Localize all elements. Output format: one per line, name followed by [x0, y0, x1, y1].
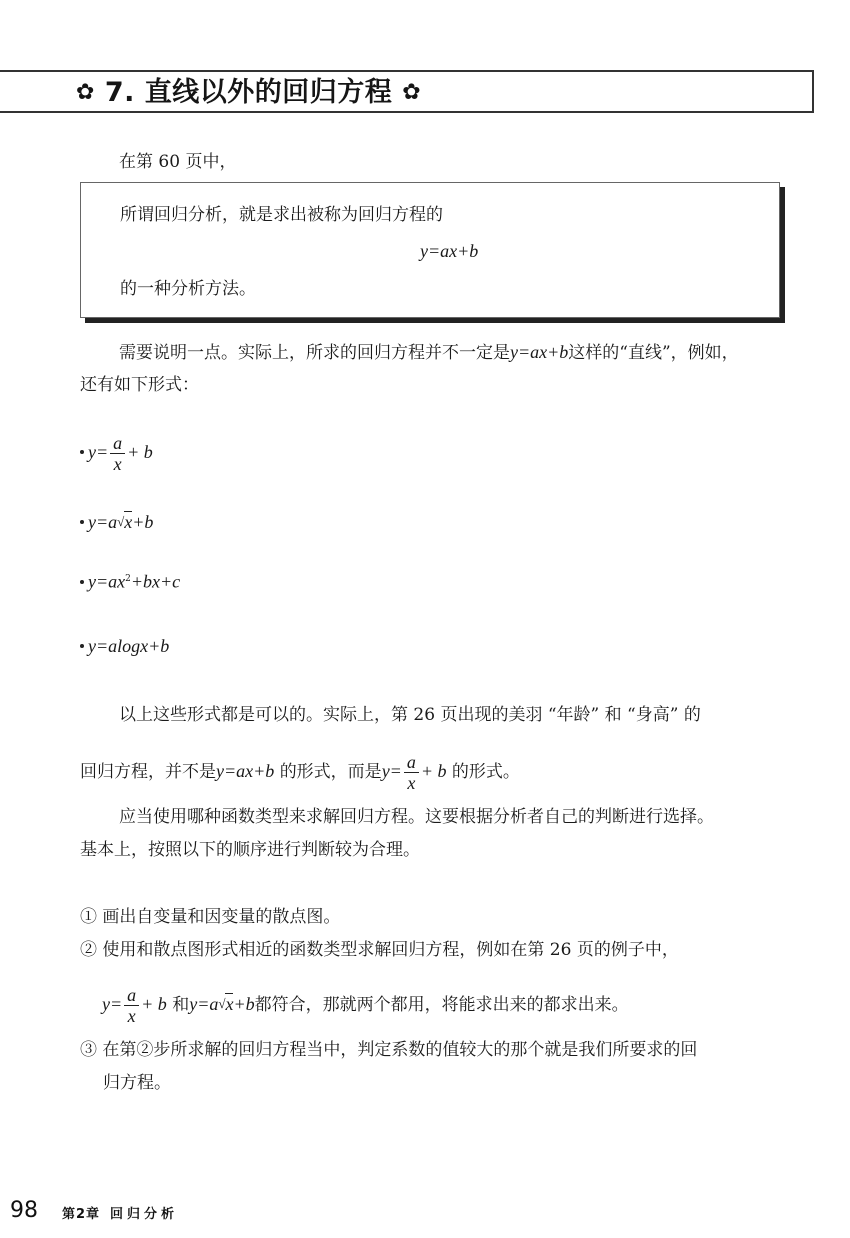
step-2: ② 使用和散点图形式相近的函数类型求解回归方程，例如在第 26 页的例子中，: [80, 938, 679, 962]
bullet-icon: [80, 644, 84, 648]
flower-icon: ✿: [402, 76, 421, 110]
example-and: 和: [172, 995, 189, 1015]
form-suffix: +b: [132, 512, 153, 532]
para2-equation-1: y=ax+b: [216, 761, 274, 781]
step-marker: ③: [80, 1040, 97, 1060]
step-marker: ①: [80, 907, 97, 927]
fraction-numerator: a: [110, 433, 125, 454]
para1-equation: y=ax+b: [510, 342, 568, 362]
example-eq2-prefix: y=a: [189, 994, 218, 1014]
para2-equation-2-prefix: y=: [382, 761, 402, 781]
fraction-denominator: x: [124, 1006, 139, 1026]
para2-equation-2-suffix: + b: [421, 761, 447, 781]
fraction: ax: [404, 752, 419, 793]
para3-line2: 基本上，按照以下的顺序进行判断较为合理。: [80, 838, 420, 862]
running-footer: 第2章回归分析: [62, 1203, 178, 1222]
form-prefix: y=ax: [88, 572, 125, 592]
fraction: ax: [110, 433, 125, 474]
step-3-continued: 归方程。: [103, 1071, 171, 1095]
para1-text-b: 这样的“直线”，例如，: [568, 343, 738, 363]
form-prefix: y=a: [88, 512, 117, 532]
form-prefix: y=: [88, 442, 108, 462]
section-title-text: 直线以外的回归方程: [145, 77, 393, 108]
example-eq1-suffix: + b: [141, 994, 167, 1014]
section-number: 7.: [105, 77, 135, 108]
step-2-example: y=ax+ b 和y=a√x+b都符合，那就两个都用，将能求出来的都求出来。: [102, 985, 629, 1026]
step-1: ① 画出自变量和因变量的散点图。: [80, 905, 340, 929]
para2-text-a: 回归方程，并不是: [80, 762, 216, 782]
step-3: ③ 在第②步所求解的回归方程当中，判定系数的值较大的那个就是我们所要求的回: [80, 1038, 697, 1062]
bullet-icon: [80, 520, 84, 524]
example-eq2-suffix: +b: [233, 994, 254, 1014]
section-title: ✿ 7. 直线以外的回归方程 ✿: [76, 76, 421, 110]
flower-icon: ✿: [76, 76, 95, 110]
fraction: ax: [124, 985, 139, 1026]
form-suffix: + b: [127, 442, 153, 462]
para2-text-b: 的形式，而是: [280, 762, 382, 782]
page-number: 98: [10, 1198, 38, 1223]
para2-line1: 以上这些形式都是可以的。实际上，第 26 页出现的美羽 “年龄” 和 “身高” …: [119, 703, 701, 727]
chapter-title: 回归分析: [110, 1207, 178, 1222]
chapter-label: 第2章: [62, 1207, 100, 1222]
example-eq1-prefix: y=: [102, 994, 122, 1014]
step-text: 画出自变量和因变量的散点图。: [102, 907, 340, 927]
callout-line-1: 所谓回归分析，就是求出被称为回归方程的: [120, 203, 443, 227]
form-item-log: y=alogx+b: [80, 634, 169, 659]
fraction-denominator: x: [110, 454, 125, 474]
bullet-icon: [80, 580, 84, 584]
form-item-reciprocal: y=ax+ b: [80, 433, 153, 474]
step-marker: ②: [80, 940, 97, 960]
fraction-numerator: a: [124, 985, 139, 1006]
form-suffix: +bx+c: [131, 572, 180, 592]
bullet-icon: [80, 450, 84, 454]
fraction-denominator: x: [404, 773, 419, 793]
step-text: 使用和散点图形式相近的函数类型求解回归方程，例如在第 26 页的例子中，: [102, 940, 678, 960]
callout-line-3: 的一种分析方法。: [120, 277, 256, 301]
callout-equation: y=ax+b: [420, 239, 478, 263]
step-text: 在第②步所求解的回归方程当中，判定系数的值较大的那个就是我们所要求的回: [102, 1040, 697, 1060]
form-item-sqrt: y=a√x+b: [80, 510, 153, 535]
para3-line1: 应当使用哪种函数类型来求解回归方程。这要根据分析者自己的判断进行选择。: [119, 805, 714, 829]
para1-line2: 还有如下形式：: [80, 373, 199, 397]
form-prefix: y=alogx+b: [88, 636, 169, 656]
example-text: 都符合，那就两个都用，将能求出来的都求出来。: [255, 995, 629, 1015]
para2-line2: 回归方程，并不是y=ax+b 的形式，而是y=ax+ b 的形式。: [80, 752, 520, 793]
para1-text-a: 需要说明一点。实际上，所求的回归方程并不一定是: [119, 343, 510, 363]
fraction-numerator: a: [404, 752, 419, 773]
intro-text: 在第 60 页中，: [119, 150, 236, 174]
para2-text-c: 的形式。: [452, 762, 520, 782]
form-item-quadratic: y=ax2+bx+c: [80, 567, 180, 595]
para1-line1: 需要说明一点。实际上，所求的回归方程并不一定是y=ax+b这样的“直线”，例如，: [119, 340, 739, 365]
